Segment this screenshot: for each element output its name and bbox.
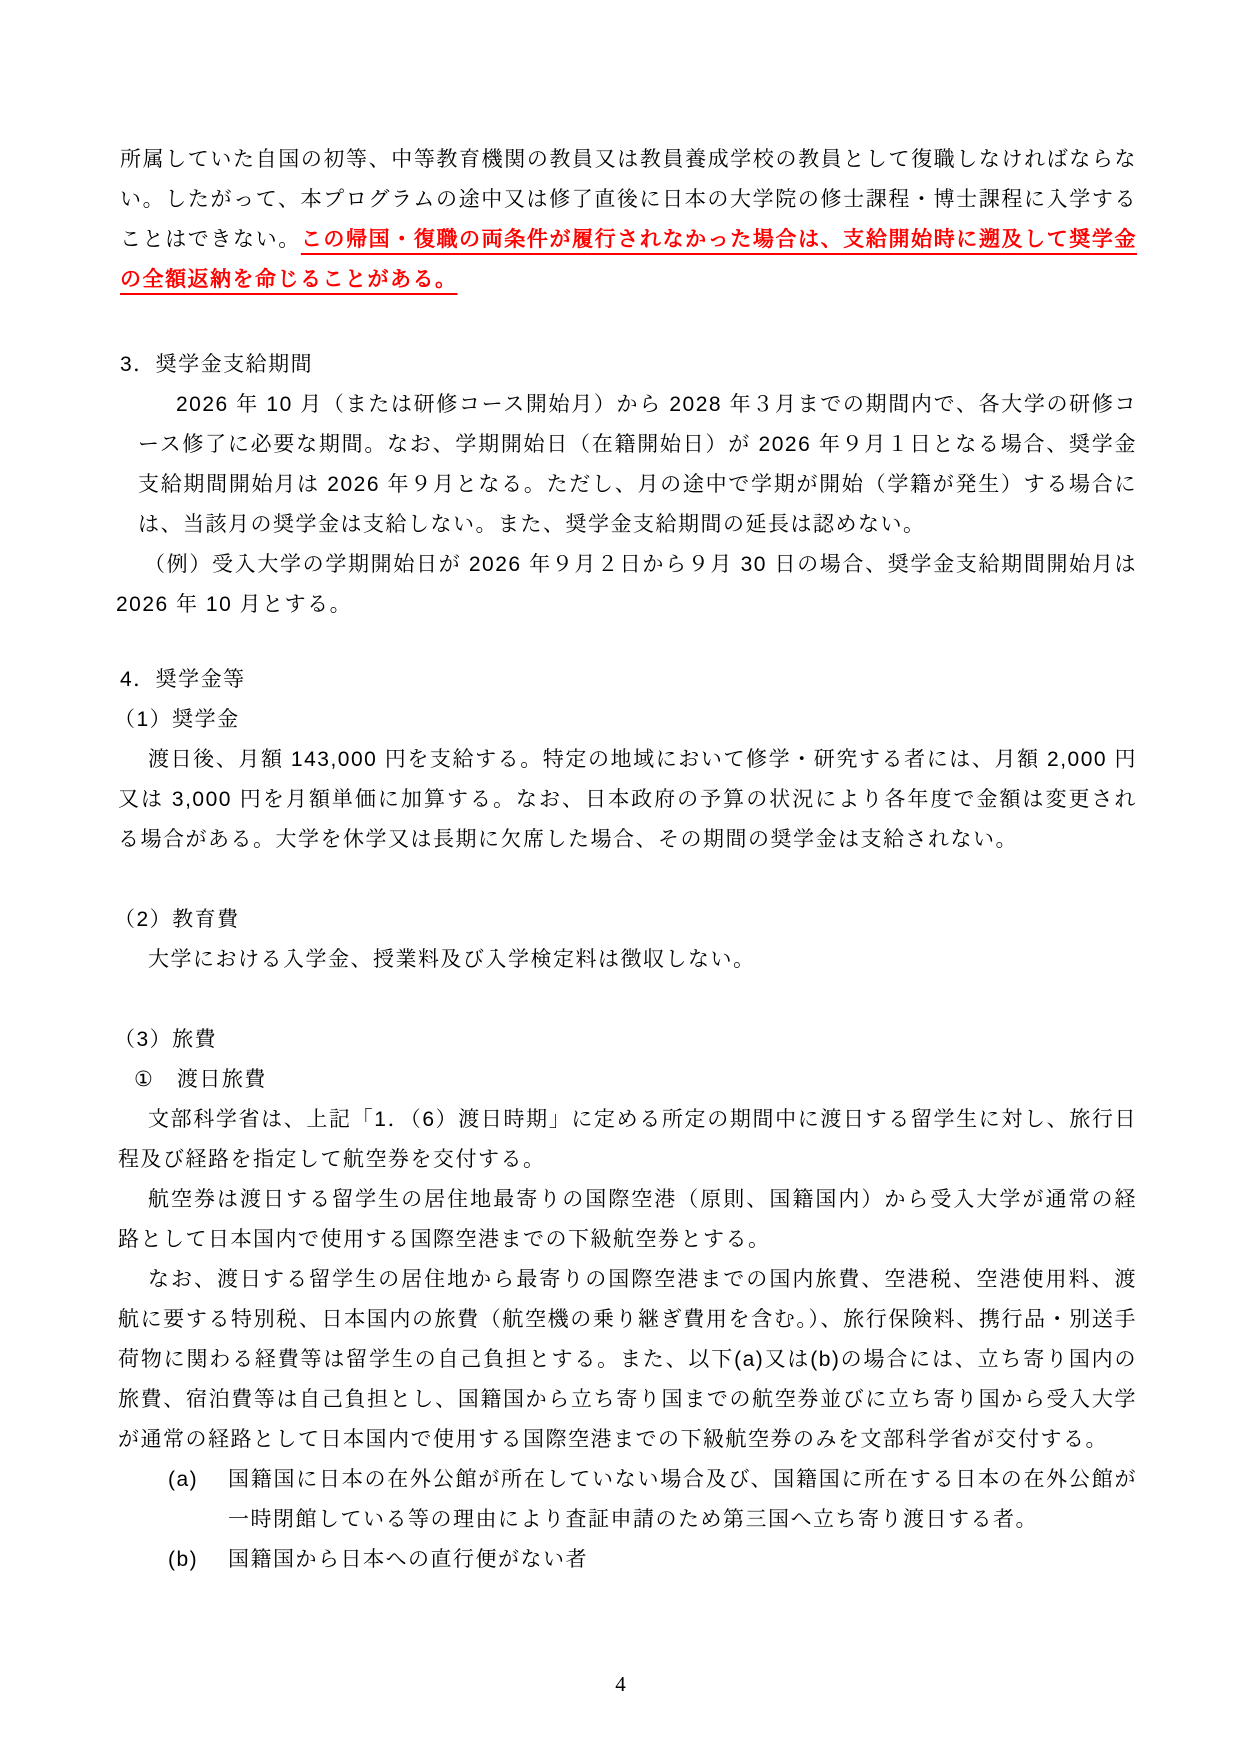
exception-list: (a) 国籍国に日本の在外公館が所在していない場合及び、国籍国に所在する日本の在… [168,1460,1137,1580]
heading-travel-expenses: （3）旅費 [114,1020,1137,1060]
heading-section-4: 4．奨学金等 [120,660,1137,700]
heading-section-3: 3．奨学金支給期間 [120,345,1137,385]
list-item-text: 国籍国に日本の在外公館が所在していない場合及び、国籍国に所在する日本の在外公館が… [228,1460,1137,1540]
list-item: (a) 国籍国に日本の在外公館が所在していない場合及び、国籍国に所在する日本の在… [168,1460,1137,1540]
paragraph-payment-period: 2026 年 10 月（または研修コース開始月）から 2028 年３月までの期間… [138,385,1137,545]
paragraph-air-ticket-issue: 文部科学省は、上記「1．（6）渡日時期」に定める所定の期間中に渡日する留学生に対… [118,1100,1137,1180]
heading-travel-to-japan: ① 渡日旅費 [134,1060,1137,1100]
heading-scholarship: （1）奨学金 [114,700,1137,740]
paragraph-return-obligation: 所属していた自国の初等、中等教育機関の教員又は教員養成学校の教員として復職しなけ… [120,140,1137,300]
page-number: 4 [0,1664,1241,1704]
list-item-label: (b) [168,1540,228,1580]
document-page: 所属していた自国の初等、中等教育機関の教員又は教員養成学校の教員として復職しなけ… [0,0,1241,1755]
paragraph-self-paid-expenses: なお、渡日する留学生の居住地から最寄りの国際空港までの国内旅費、空港税、空港使用… [118,1260,1137,1460]
list-item: (b) 国籍国から日本への直行便がない者 [168,1540,1137,1580]
list-item-label: (a) [168,1460,228,1540]
paragraph-education-fees: 大学における入学金、授業料及び入学検定料は徴収しない。 [118,940,1137,980]
paragraph-scholarship-amount: 渡日後、月額 143,000 円を支給する。特定の地域において修学・研究する者に… [118,740,1137,860]
heading-education-fees: （2）教育費 [114,900,1137,940]
paragraph-payment-period-example: （例）受入大学の学期開始日が 2026 年９月２日から９月 30 日の場合、奨学… [116,545,1137,625]
list-item-text: 国籍国から日本への直行便がない者 [228,1540,1137,1580]
paragraph-air-ticket-route: 航空券は渡日する留学生の居住地最寄りの国際空港（原則、国籍国内）から受入大学が通… [118,1180,1137,1260]
